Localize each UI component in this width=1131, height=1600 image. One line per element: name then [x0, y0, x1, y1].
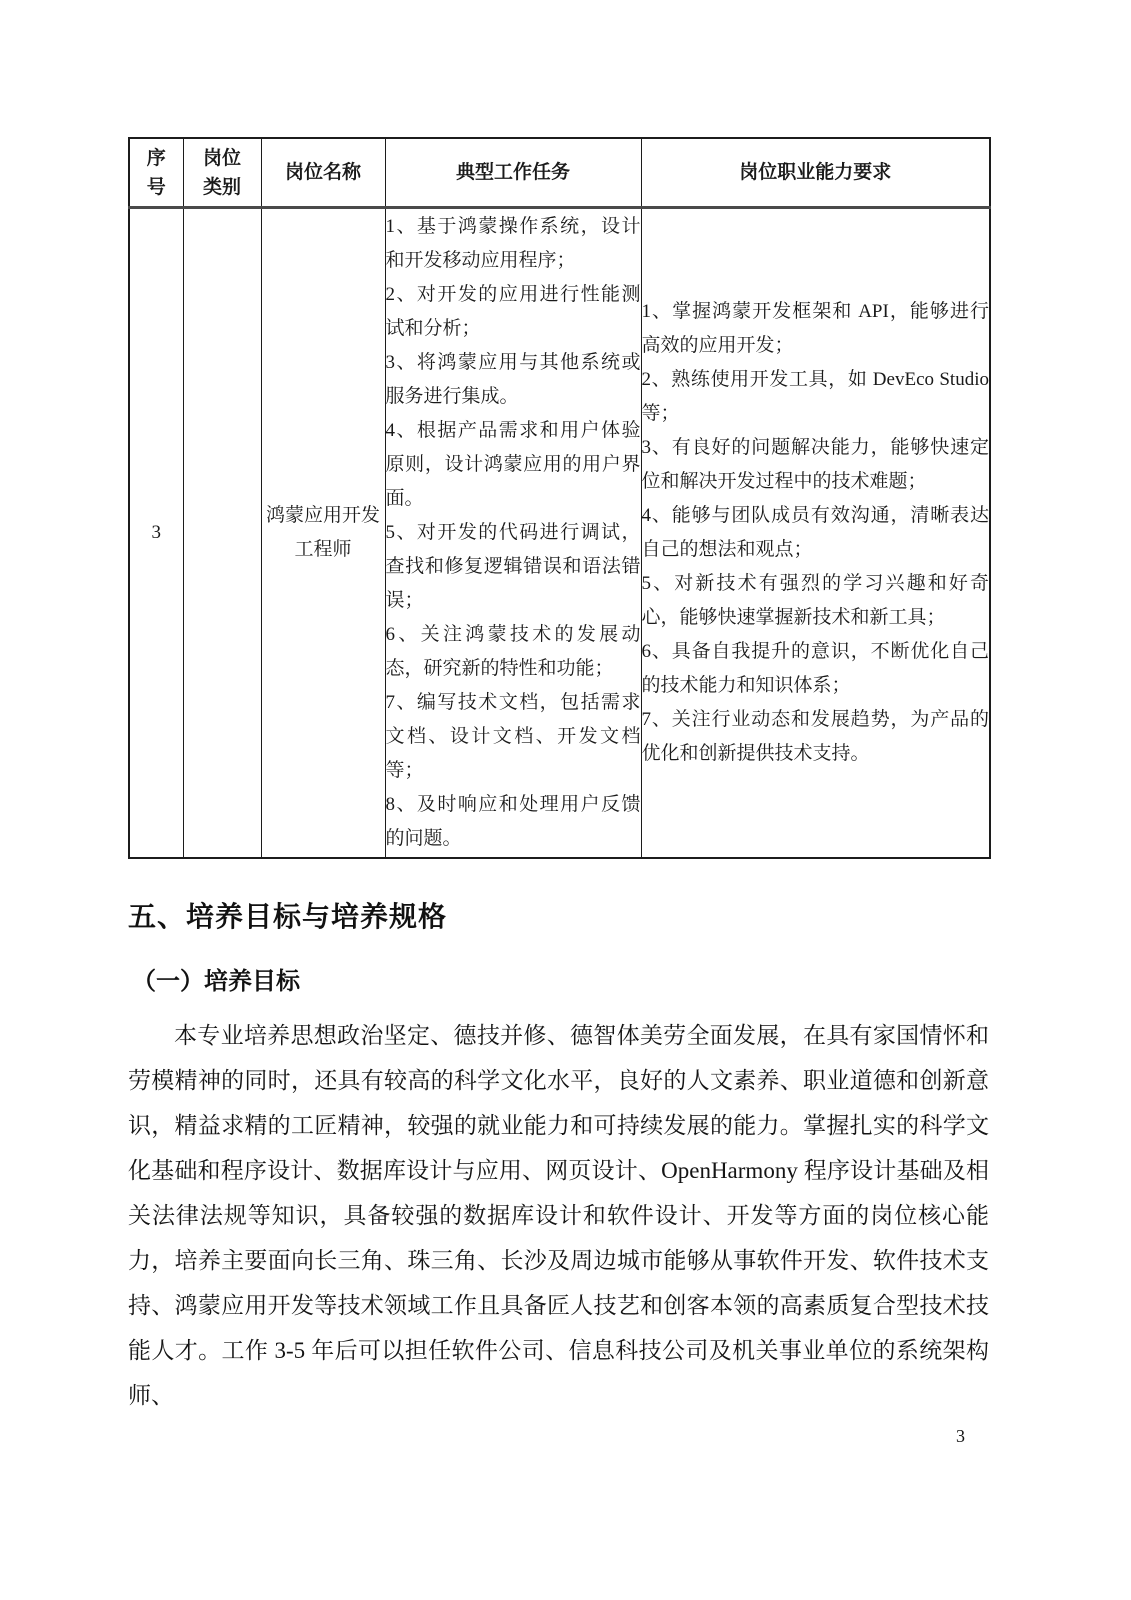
table-header-seq: 序号: [129, 138, 183, 208]
table-header-requirements: 岗位职业能力要求: [641, 138, 990, 208]
position-cell: 鸿蒙应用开发工程师: [261, 208, 385, 858]
body-paragraph: 本专业培养思想政治坚定、德技并修、德智体美劳全面发展，在具有家国情怀和劳模精神的…: [128, 1013, 989, 1418]
task-item: 6、关注鸿蒙技术的发展动态，研究新的特性和功能；: [386, 618, 641, 686]
requirement-item: 4、能够与团队成员有效沟通，清晰表达自己的想法和观点；: [642, 499, 990, 567]
table-header-seq-label: 序号: [146, 144, 167, 202]
page-content: 序号 岗位类别 岗位名称 典型工作任务 岗位职业能力要求 3 鸿蒙应用开发工程师: [128, 137, 989, 1418]
table-header-position: 岗位名称: [261, 138, 385, 208]
seq-cell: 3: [129, 208, 183, 858]
table-header-tasks: 典型工作任务: [385, 138, 641, 208]
table-header-category-label: 岗位类别: [200, 144, 244, 202]
table-header-category: 岗位类别: [183, 138, 261, 208]
requirement-item: 6、具备自我提升的意识，不断优化自己的技术能力和知识体系；: [642, 635, 990, 703]
document-page: 序号 岗位类别 岗位名称 典型工作任务 岗位职业能力要求 3 鸿蒙应用开发工程师: [0, 0, 1131, 1600]
tasks-cell: 1、基于鸿蒙操作系统，设计和开发移动应用程序； 2、对开发的应用进行性能测试和分…: [385, 208, 641, 858]
table-row: 3 鸿蒙应用开发工程师 1、基于鸿蒙操作系统，设计和开发移动应用程序； 2、对开…: [129, 208, 990, 858]
requirements-cell: 1、掌握鸿蒙开发框架和 API，能够进行高效的应用开发； 2、熟练使用开发工具，…: [641, 208, 990, 858]
task-item: 7、编写技术文档，包括需求文档、设计文档、开发文档等；: [386, 686, 641, 788]
task-item: 8、及时响应和处理用户反馈的问题。: [386, 788, 641, 856]
table-header-row: 序号 岗位类别 岗位名称 典型工作任务 岗位职业能力要求: [129, 138, 990, 208]
subsection-heading: （一）培养目标: [132, 967, 989, 997]
requirement-item: 7、关注行业动态和发展趋势，为产品的优化和创新提供技术支持。: [642, 703, 990, 771]
category-cell: [183, 208, 261, 858]
task-item: 4、根据产品需求和用户体验原则，设计鸿蒙应用的用户界面。: [386, 414, 641, 516]
page-number: 3: [956, 1426, 965, 1447]
requirement-item: 1、掌握鸿蒙开发框架和 API，能够进行高效的应用开发；: [642, 295, 990, 363]
task-item: 1、基于鸿蒙操作系统，设计和开发移动应用程序；: [386, 210, 641, 278]
task-item: 5、对开发的代码进行调试，查找和修复逻辑错误和语法错误；: [386, 516, 641, 618]
requirement-item: 2、熟练使用开发工具，如 DevEco Studio 等；: [642, 363, 990, 431]
requirement-item: 3、有良好的问题解决能力，能够快速定位和解决开发过程中的技术难题；: [642, 431, 990, 499]
section-heading: 五、培养目标与培养规格: [128, 899, 989, 935]
job-positions-table: 序号 岗位类别 岗位名称 典型工作任务 岗位职业能力要求 3 鸿蒙应用开发工程师: [128, 137, 991, 859]
requirement-item: 5、对新技术有强烈的学习兴趣和好奇心，能够快速掌握新技术和新工具；: [642, 567, 990, 635]
task-item: 3、将鸿蒙应用与其他系统或服务进行集成。: [386, 346, 641, 414]
task-item: 2、对开发的应用进行性能测试和分析；: [386, 278, 641, 346]
